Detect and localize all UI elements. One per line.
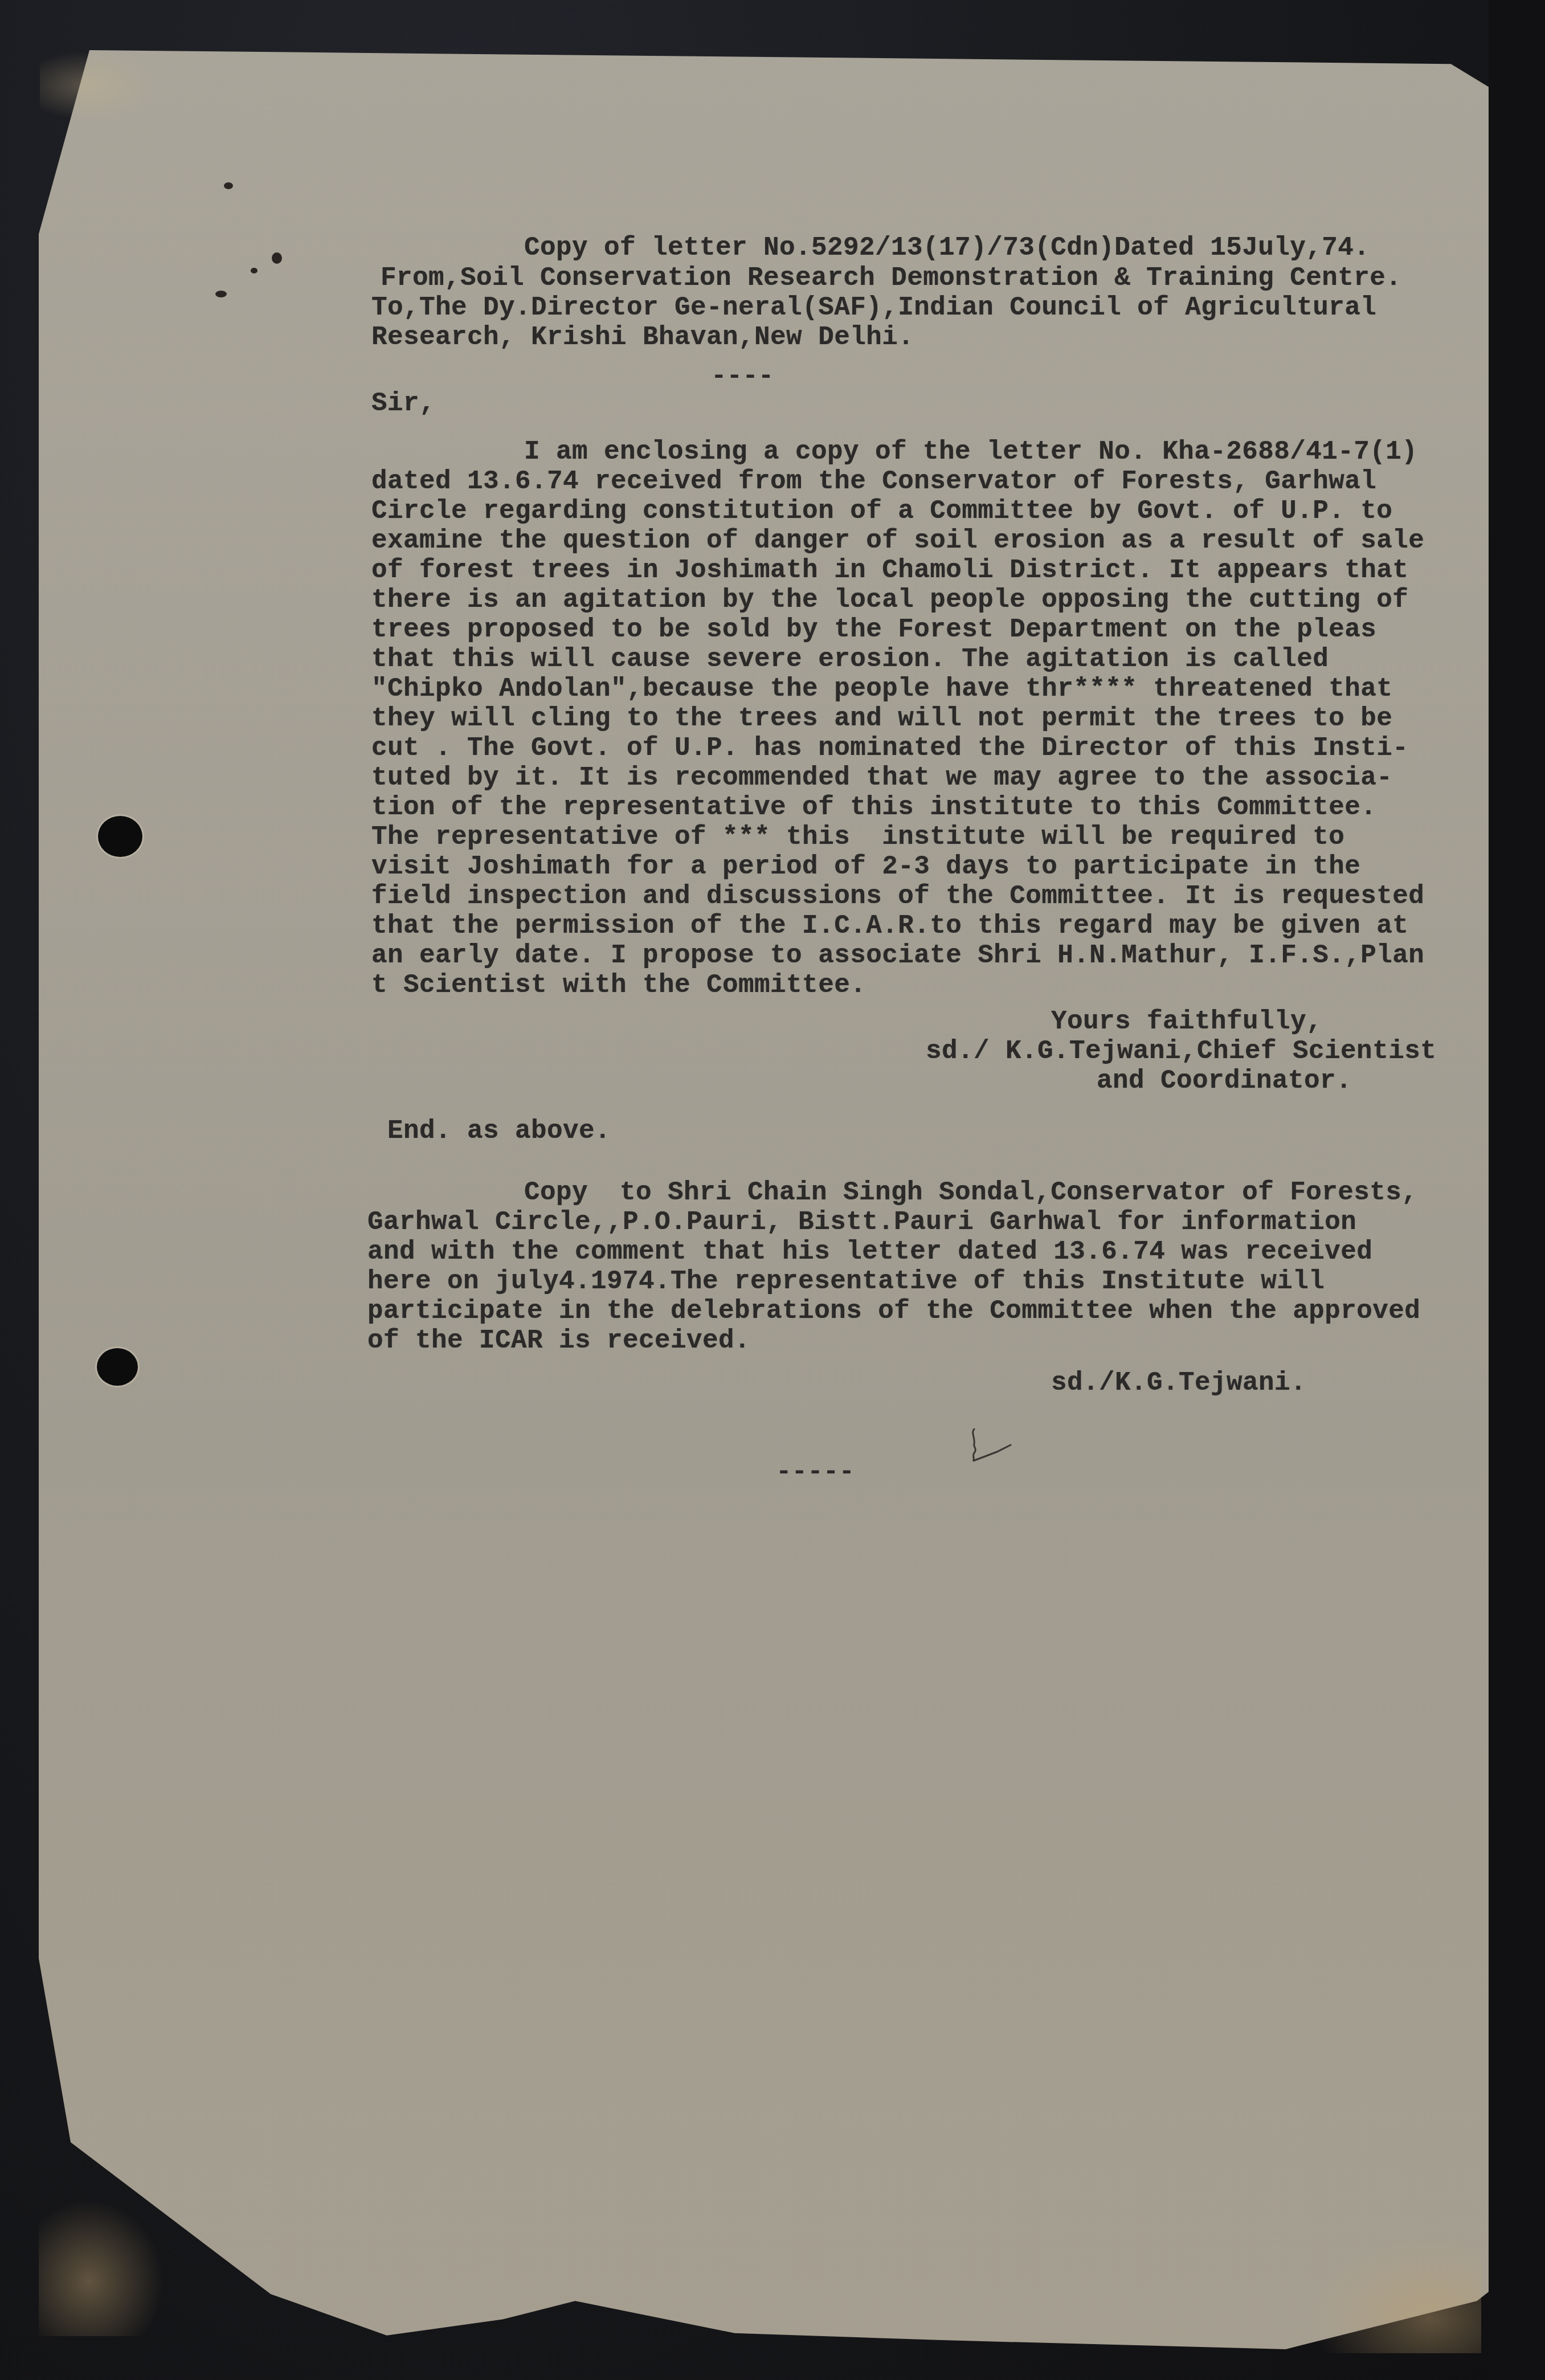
copy-signature: sd./K.G.Tejwani.: [1051, 1369, 1306, 1397]
signatory-title: and Coordinator.: [1097, 1067, 1352, 1095]
enclosure-note: End. as above.: [387, 1117, 611, 1145]
copy-line: Copy to Shri Chain Singh Sondal,Conserva…: [524, 1178, 1417, 1207]
copy-line: Garhwal Circle,,P.O.Pauri, Bistt.Pauri G…: [367, 1208, 1356, 1236]
body-line: Circle regarding constitution of a Commi…: [371, 497, 1392, 525]
copy-line: participate in the delebrations of the C…: [367, 1297, 1420, 1325]
body-line: trees proposed to be sold by the Forest …: [371, 615, 1376, 644]
valediction: Yours faithfully,: [1051, 1007, 1322, 1036]
punch-hole: [97, 1348, 138, 1386]
heading-line-2: From,Soil Conservation Research Demonstr…: [381, 264, 1401, 292]
body-line: tion of the representative of this insti…: [371, 793, 1376, 822]
punch-hole: [98, 816, 142, 857]
body-line: field inspection and discussions of the …: [371, 882, 1424, 911]
heading-line-3: To,The Dy.Director Ge-neral(SAF),Indian …: [371, 293, 1376, 322]
copy-line: and with the comment that his letter dat…: [367, 1238, 1372, 1266]
handwritten-initial-icon: [963, 1424, 1031, 1470]
heading-line-4: Research, Krishi Bhavan,New Delhi.: [371, 323, 914, 352]
body-line: of forest trees in Joshimath in Chamoli …: [371, 556, 1408, 585]
body-line: that the permission of the I.C.A.R.to th…: [371, 912, 1408, 940]
paper-stain: [40, 51, 154, 120]
body-line: dated 13.6.74 received from the Conserva…: [371, 467, 1376, 496]
body-line: that this will cause severe erosion. The…: [371, 645, 1329, 673]
body-line: they will cling to the trees and will no…: [371, 704, 1392, 733]
copy-line: here on july4.1974.The representative of…: [367, 1267, 1325, 1296]
body-line: I am enclosing a copy of the letter No. …: [524, 438, 1417, 466]
body-line: "Chipko Andolan",because the people have…: [371, 675, 1392, 703]
body-line: there is an agitation by the local peopl…: [371, 586, 1408, 614]
body-line: visit Joshimath for a period of 2-3 days…: [371, 852, 1360, 881]
paper-speck: [272, 252, 282, 264]
paper-speck: [215, 291, 227, 297]
body-line: tuted by it. It is recommended that we m…: [371, 764, 1392, 792]
paper-speck: [251, 268, 257, 273]
separator-bottom: -----: [776, 1458, 855, 1486]
separator-top: ----: [711, 362, 774, 390]
signatory-line: sd./ K.G.Tejwani,Chief Scientist: [926, 1037, 1436, 1066]
body-line: cut . The Govt. of U.P. has nominated th…: [371, 734, 1408, 762]
body-line: an early date. I propose to associate Sh…: [371, 941, 1424, 970]
body-line: examine the question of danger of soil e…: [371, 526, 1424, 555]
paper-stain: [1310, 2239, 1481, 2353]
copy-line: of the ICAR is received.: [367, 1326, 750, 1355]
paper-speck: [224, 182, 233, 189]
scanner-edge-cover: [1489, 0, 1545, 2380]
paper-stain: [39, 2199, 164, 2336]
heading-line-1: Copy of letter No.5292/13(17)/73(Cdn)Dat…: [524, 234, 1370, 262]
body-line: t Scientist with the Committee.: [371, 971, 866, 999]
body-line: The representative of *** this institute…: [371, 823, 1344, 851]
salutation: Sir,: [371, 389, 435, 418]
